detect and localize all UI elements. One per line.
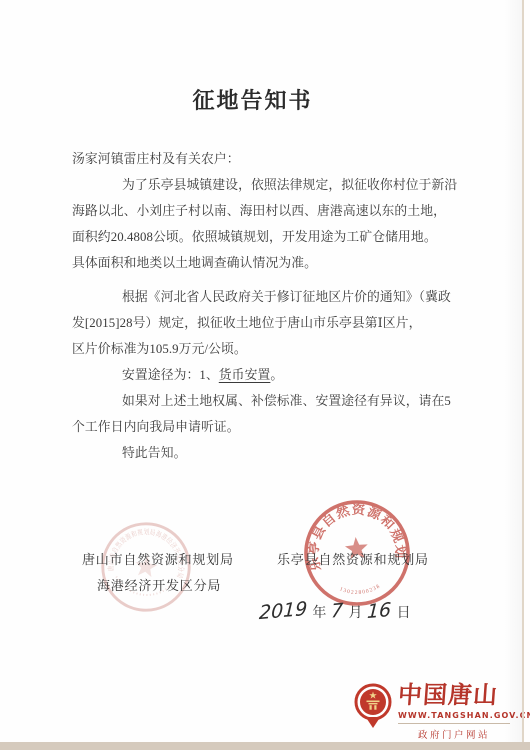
county-seal-serial: 13022800238 [338, 583, 382, 598]
document-title: 征地告知书 [0, 84, 505, 115]
scan-edge-bottom [0, 742, 530, 750]
resettlement-suffix: 。 [270, 368, 283, 382]
resettlement-prefix: 安置途径为：1、 [122, 368, 219, 382]
issuer-secondary-name: 乐亭县自然资源和规划局 [277, 549, 429, 568]
logo-tagline-text: 政府门户网站 [398, 723, 510, 741]
closing-line: 特此告知。 [72, 440, 444, 466]
body-line: 具体面积和地类以土地调查确认情况为准。 [72, 250, 444, 276]
logo-brand-text: 中国唐山 [397, 683, 511, 709]
document-body: 汤家河镇雷庄村及有关农户： 为了乐亭县城镇建设，依照法律规定，拟征收你村位于新沿… [72, 146, 444, 466]
day-unit: 日 [397, 602, 411, 622]
scanned-document-page: 征地告知书 汤家河镇雷庄村及有关农户： 为了乐亭县城镇建设，依照法律规定，拟征收… [0, 0, 530, 750]
issue-date: 2019 年 7 月 16 日 [259, 600, 416, 622]
body-line: 发[2015]28号）规定，拟征收土地位于唐山市乐亭县第Ⅰ区片， [72, 310, 444, 336]
logo-url-text: WWW.TANGSHAN.GOV.CN [398, 711, 510, 720]
handwritten-year: 2019 [259, 598, 308, 624]
body-line: 面积约20.4808公顷。依照城镇规划，开发用途为工矿仓储用地。 [72, 224, 444, 250]
scan-edge-right [522, 0, 524, 750]
scan-edge-shadow [504, 0, 522, 750]
handwritten-month: 7 [331, 599, 344, 622]
body-line: 根据《河北省人民政府关于修订征地区片价的通知》（冀政 [72, 284, 444, 310]
tangshan-gov-portal-logo: 中国唐山 WWW.TANGSHAN.GOV.CN 政府门户网站 [354, 683, 510, 741]
issuer-primary-branch: 海港经济开发区分局 [97, 575, 221, 594]
body-line: 个工作日内向我局申请听证。 [72, 414, 444, 440]
body-line: 区片价标准为105.9万元/公顷。 [72, 336, 444, 362]
year-unit: 年 [312, 602, 326, 622]
resettlement-line: 安置途径为：1、货币安置。 [72, 362, 444, 388]
issuer-primary-name: 唐山市自然资源和规划局 [82, 549, 234, 568]
svg-text:13022800238: 13022800238 [338, 583, 382, 598]
national-emblem-icon [354, 683, 392, 729]
body-line: 海路以北、小刘庄子村以南、海田村以西、唐港高速以东的土地， [72, 198, 444, 224]
body-line: 为了乐亭县城镇建设，依照法律规定，拟征收你村位于新沿 [72, 172, 444, 198]
month-unit: 月 [348, 602, 362, 622]
resettlement-method-underlined: 货币安置 [219, 368, 271, 382]
salutation-line: 汤家河镇雷庄村及有关农户： [72, 146, 444, 172]
body-line: 如果对上述土地权属、补偿标准、安置途径有异议，请在5 [72, 388, 444, 414]
handwritten-day: 16 [367, 599, 392, 623]
